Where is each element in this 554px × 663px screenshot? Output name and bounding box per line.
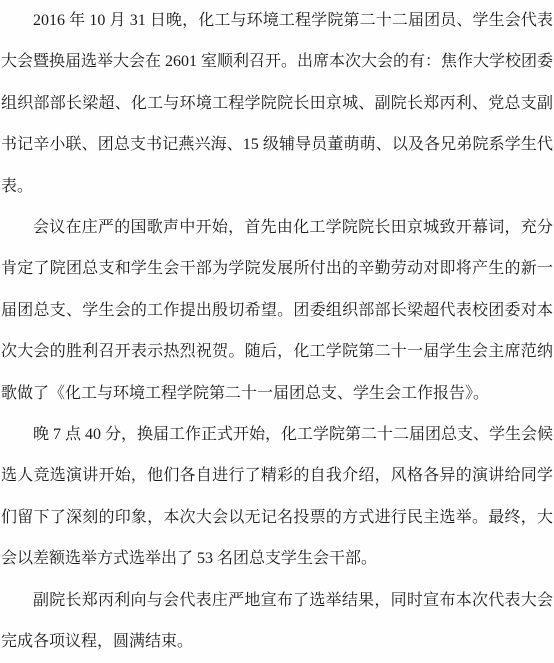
paragraph-opening: 2016 年 10 月 31 日晚，化工与环境工程学院第二十二届团员、学生会代表… bbox=[1, 0, 553, 207]
paragraph-election: 晚 7 点 40 分，换届工作正式开始，化工学院第二十二届团总支、学生会候选人竞… bbox=[1, 414, 553, 580]
document-page: 2016 年 10 月 31 日晚，化工与环境工程学院第二十二届团员、学生会代表… bbox=[0, 0, 554, 663]
paragraph-ceremony: 会议在庄严的国歌声中开始，首先由化工学院院长田京城致开幕词，充分肯定了院团总支和… bbox=[1, 207, 553, 414]
paragraph-closing: 副院长郑丙利向与会代表庄严地宣布了选举结果，同时宣布本次代表大会完成各项议程，圆… bbox=[1, 580, 553, 663]
